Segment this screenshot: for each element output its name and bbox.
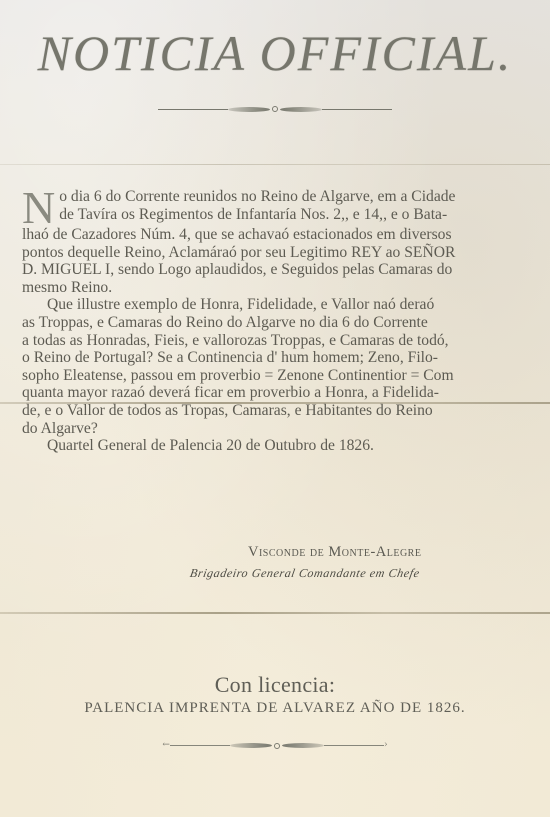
ornament-line xyxy=(324,745,384,746)
arrow-left-icon: ← xyxy=(162,741,170,750)
body-text: N o dia 6 do Corrente reunidos no Reino … xyxy=(22,188,522,455)
ornament-swell xyxy=(280,107,322,112)
signatory-title: Brigadeiro General Comandante em Chefe xyxy=(189,566,421,581)
fold-crease-lower xyxy=(0,612,550,614)
paragraph-2: Que illustre exemplo de Honra, Fidelidad… xyxy=(22,296,522,437)
ornament-swell xyxy=(230,743,272,748)
fold-crease-top xyxy=(0,164,550,165)
text-line: as Troppas, e Camaras do Reino do Algarv… xyxy=(22,314,522,332)
dateline-paragraph: Quartel General de Palencia 20 de Outubr… xyxy=(22,437,522,455)
text-line: a todas as Honradas, Fieis, e vallorozas… xyxy=(22,332,522,350)
imprint-block: Con licencia: PALENCIA IMPRENTA DE ALVAR… xyxy=(0,672,550,717)
paragraph-1: N o dia 6 do Corrente reunidos no Reino … xyxy=(22,188,522,296)
ornament-swell xyxy=(282,743,324,748)
text-line: de, e o Vallor de todos as Tropas, Camar… xyxy=(22,402,522,420)
signatory-name: Visconde de Monte-Alegre xyxy=(248,544,421,561)
dateline: Quartel General de Palencia 20 de Outubr… xyxy=(22,437,522,455)
text-line: D. MIGUEL I, sendo Logo aplaudidos, e Se… xyxy=(22,261,522,279)
text-line: Que illustre exemplo de Honra, Fidelidad… xyxy=(22,296,522,314)
licence-line: Con licencia: xyxy=(0,672,550,698)
ornament-dot xyxy=(272,106,278,112)
ornament-line xyxy=(158,109,228,110)
text-line: sopho Eleatense, passou em proverbio = Z… xyxy=(22,367,522,385)
press-line: PALENCIA IMPRENTA DE ALVAREZ AÑO DE 1826… xyxy=(0,700,550,717)
ornament-line xyxy=(322,109,392,110)
text-line: quanta mayor razaó deverá ficar em prove… xyxy=(22,384,522,402)
drop-cap: N xyxy=(22,190,55,226)
text-line: de Tavíra os Regimentos de Infantaría No… xyxy=(22,206,522,224)
document-title: NOTICIA OFFICIAL. xyxy=(0,24,550,82)
text-line: mesmo Reino. xyxy=(22,279,522,297)
document-page: NOTICIA OFFICIAL. N o dia 6 do Corrente … xyxy=(0,0,550,817)
text-line: o Reino de Portugal? Se a Continencia d'… xyxy=(22,349,522,367)
text-line: pontos dequelle Reino, Aclamáraó por seu… xyxy=(22,244,522,262)
text-line: do Algarve? xyxy=(22,420,522,438)
text-line: lhaó de Cazadores Núm. 4, que se achavaó… xyxy=(22,226,522,244)
title-ornament-rule xyxy=(0,106,550,112)
arrow-right-icon: › xyxy=(384,741,388,750)
text-line: o dia 6 do Corrente reunidos no Reino de… xyxy=(22,188,522,206)
ornament-swell xyxy=(228,107,270,112)
footer-ornament-rule: ← › xyxy=(0,741,550,750)
ornament-dot xyxy=(274,743,280,749)
ornament-line xyxy=(170,745,230,746)
